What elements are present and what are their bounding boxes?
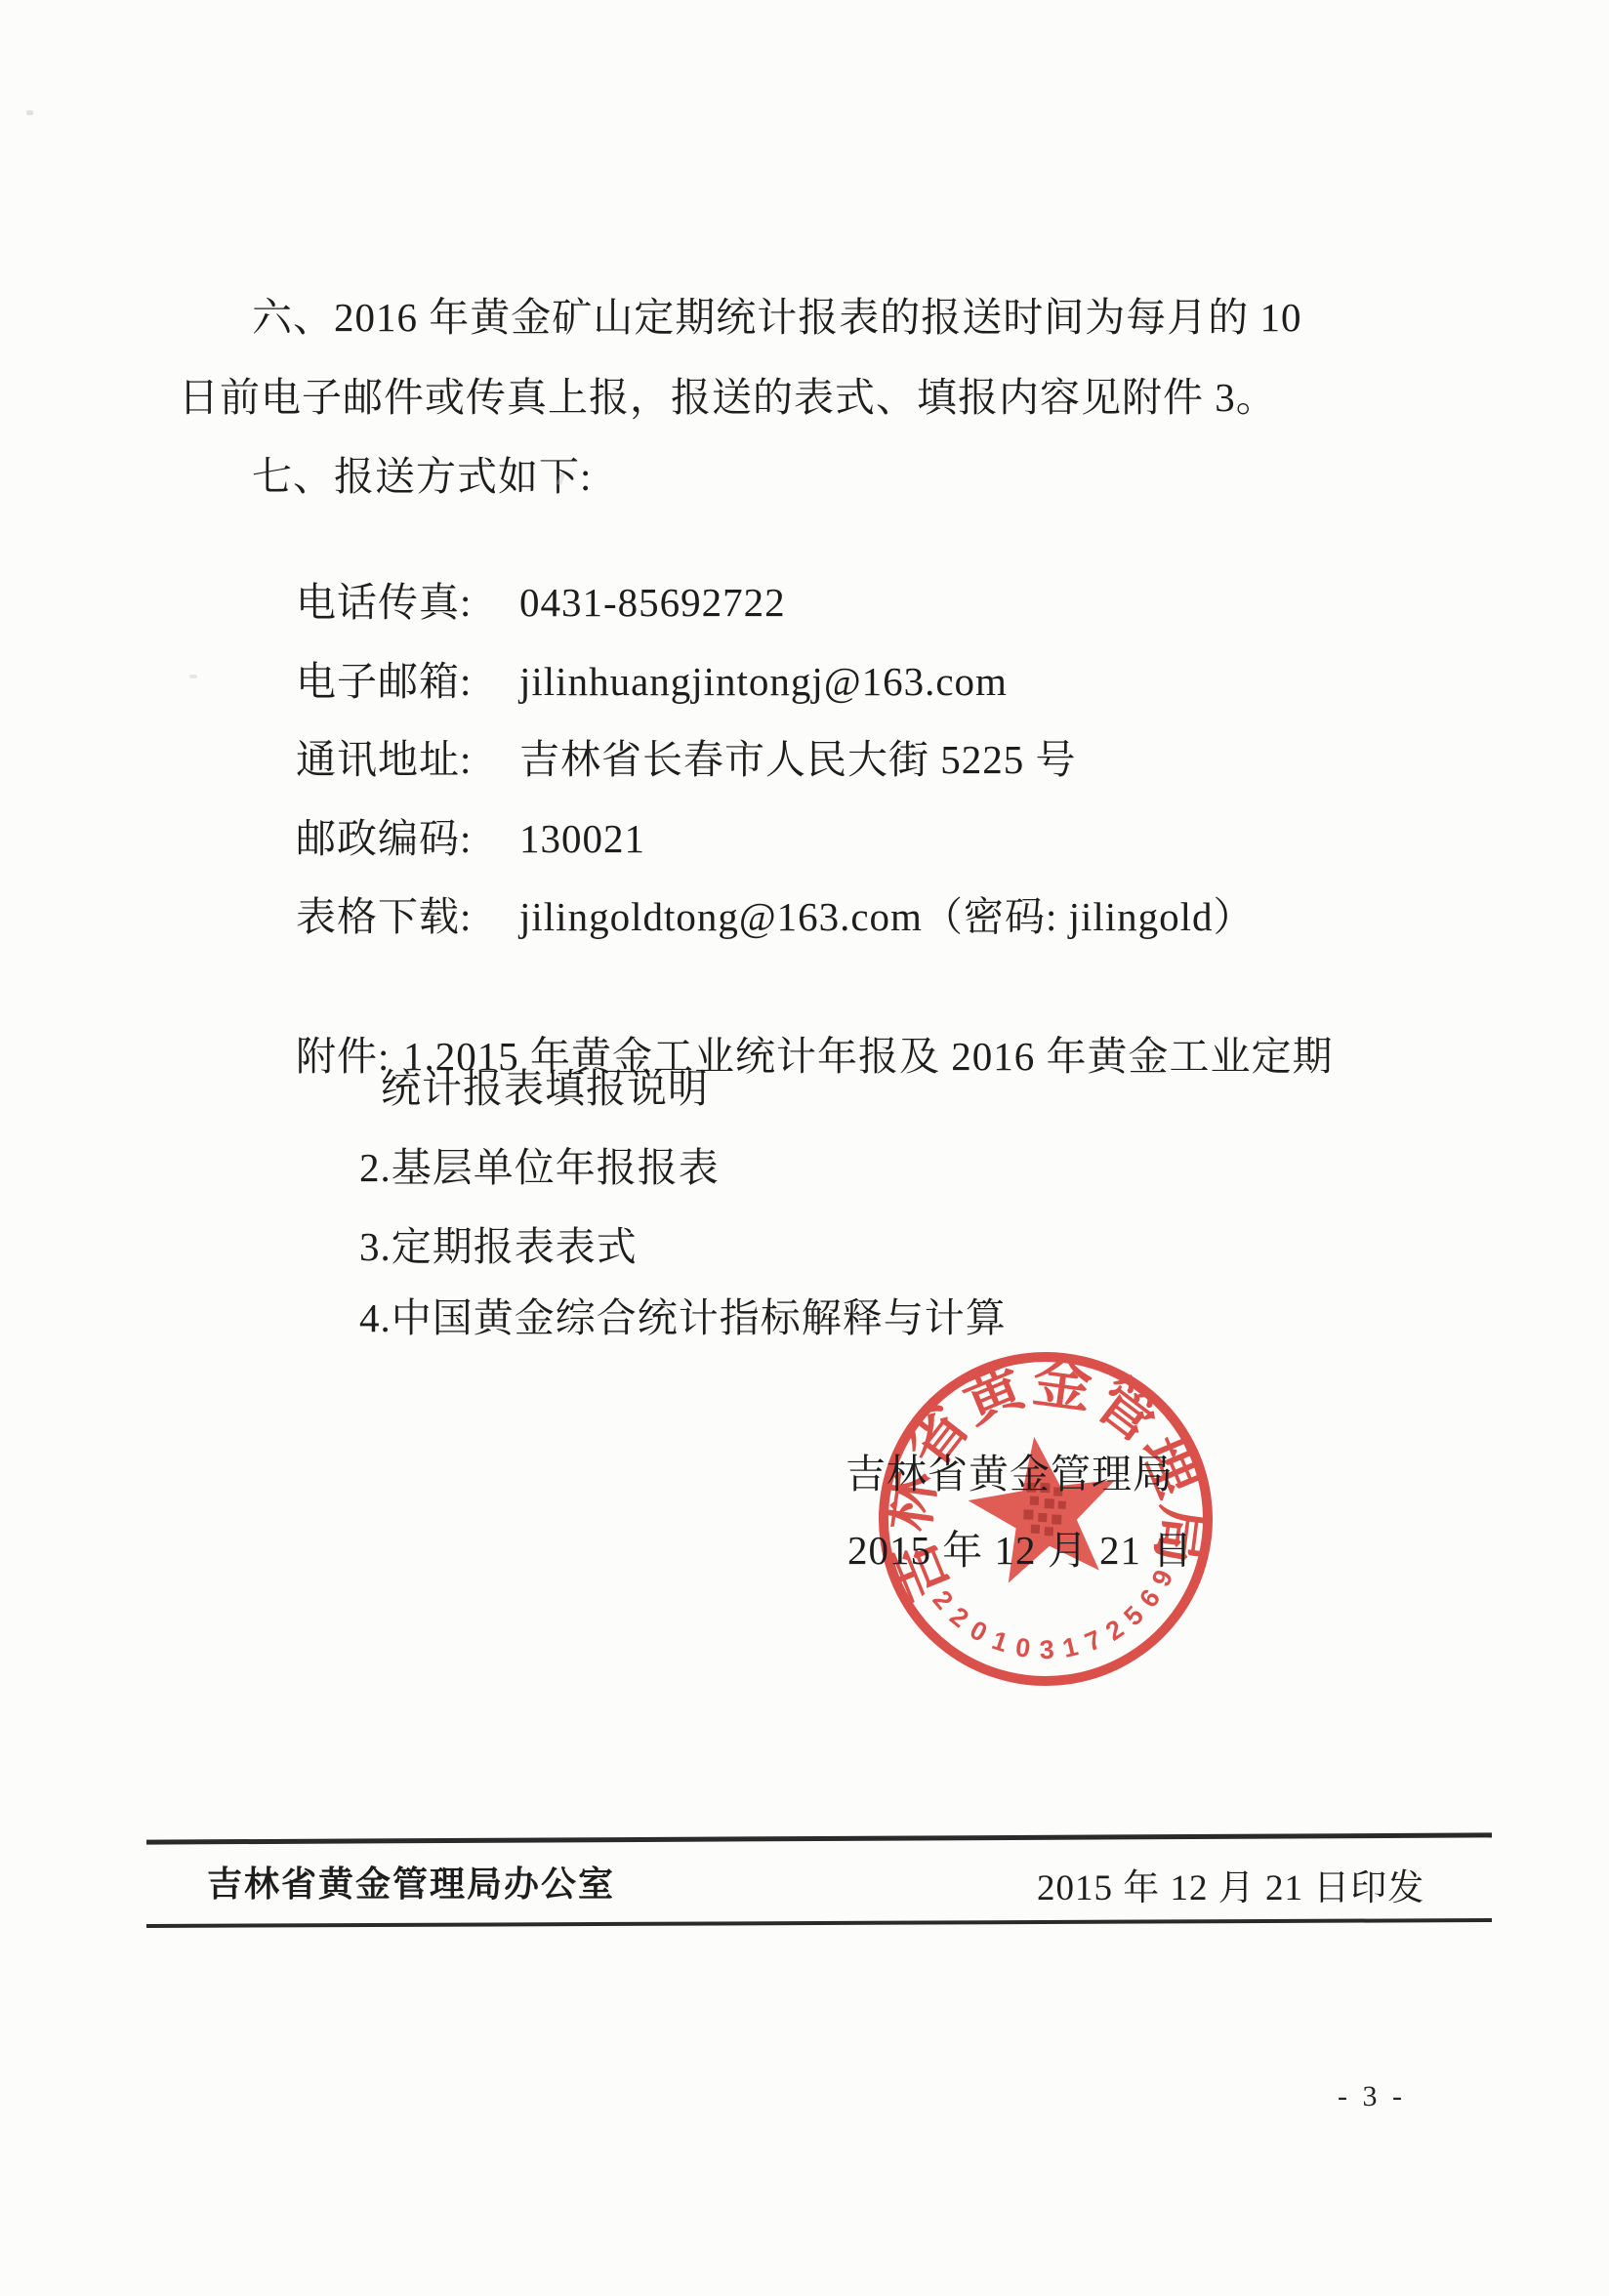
contact-label: 表格下载: (296, 893, 519, 940)
footer-print-date: 2015 年 12 月 21 日印发 (1037, 1858, 1424, 1910)
attachment-item-2: 2.基层单位年报报表 (359, 1144, 720, 1191)
page-number: - 3 - (1338, 2080, 1406, 2113)
scan-artifact (189, 675, 197, 678)
para-seven: 七、报送方式如下: (252, 453, 592, 500)
signature-date: 2015 年 12 月 21 日 (847, 1518, 1193, 1576)
scanned-document-page: 六、2016 年黄金矿山定期统计报表的报送时间为每月的 10 日前电子邮件或传真… (0, 0, 1609, 2296)
para-six-line1: 六、2016 年黄金矿山定期统计报表的报送时间为每月的 10 (252, 294, 1302, 341)
attachment-item-1-cont: 统计报表填报说明 (381, 1065, 709, 1112)
footer-rule-bottom (146, 1918, 1492, 1928)
scan-artifact (26, 110, 33, 115)
footer-rule-top (146, 1832, 1492, 1844)
contact-value: jilingoldtong@163.com（密码: jilingold） (519, 893, 1255, 940)
signature-org: 吉林省黄金管理局 (846, 1442, 1174, 1499)
attachment-item-3: 3.定期报表表式 (359, 1223, 638, 1270)
contact-line: 表格下载:jilingoldtong@163.com（密码: jilingold… (252, 846, 1255, 987)
footer-issuing-office: 吉林省黄金管理局办公室 (207, 1857, 615, 1906)
para-six-line2: 日前电子邮件或传真上报，报送的表式、填报内容见附件 3。 (179, 374, 1277, 421)
